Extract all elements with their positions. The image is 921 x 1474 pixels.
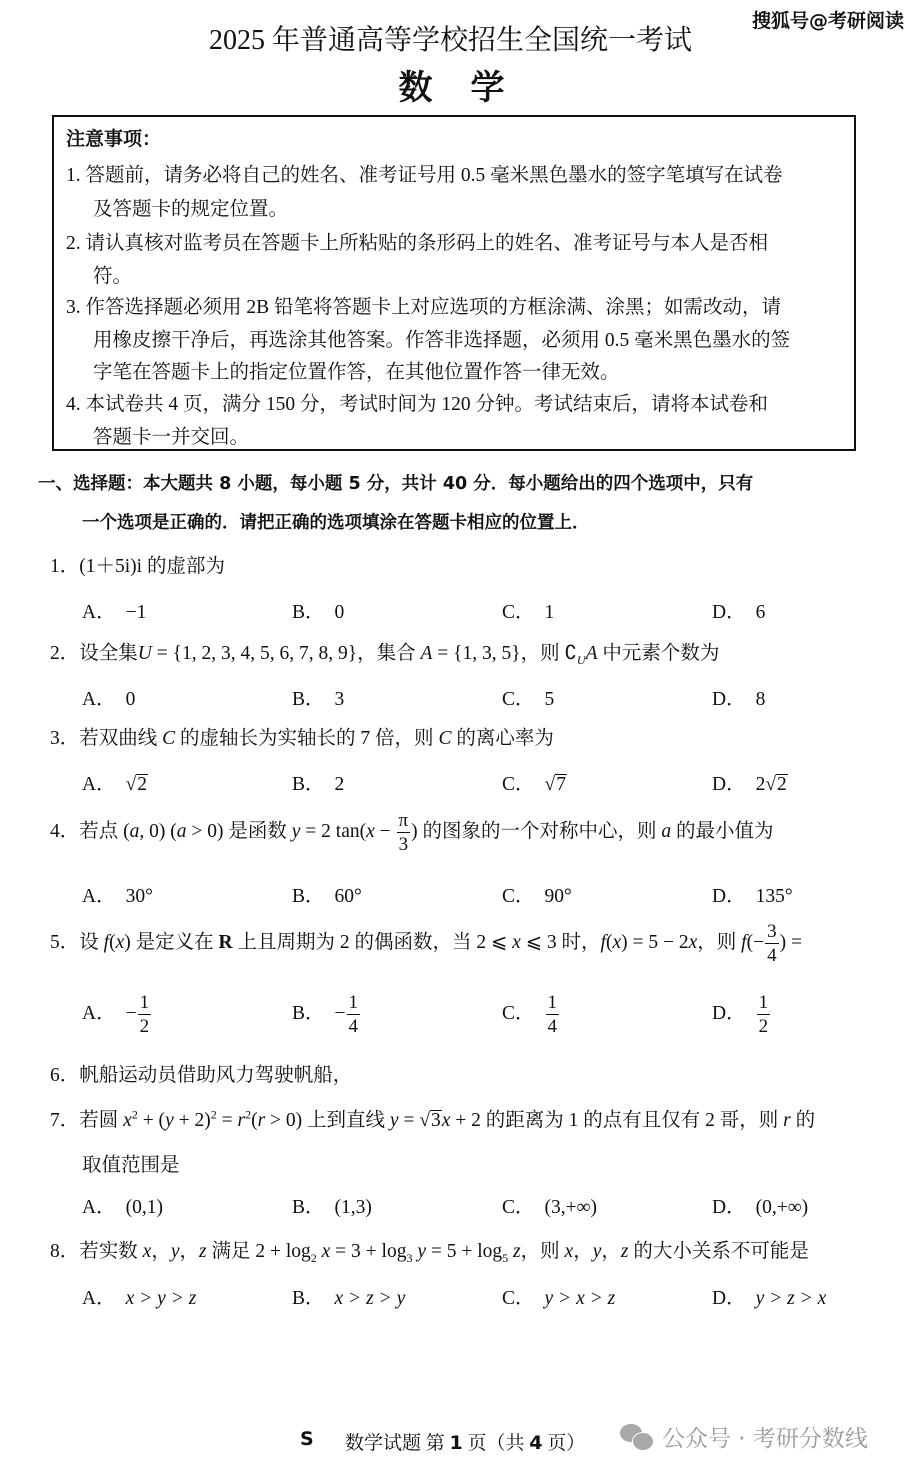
q1-option-d[interactable]: D．6 <box>712 596 765 624</box>
q4-option-b[interactable]: B．60° <box>292 880 362 908</box>
question-6: 6．帆船运动员借助风力驾驶帆船， <box>50 1059 352 1087</box>
q7-option-c[interactable]: C．(3,+∞) <box>502 1191 597 1219</box>
q5-option-d[interactable]: D．12 <box>712 990 771 1038</box>
notice-item-4: 4. 本试卷共 4 页，满分 150 分，考试时间为 120 分钟。考试结束后，… <box>66 388 768 416</box>
notice-item-3: 3. 作答选择题必须用 2B 铅笔将答题卡上对应选项的方框涂满、涂黑；如需改动，… <box>66 291 781 319</box>
question-7: 7．若圆 x2 + (y + 2)2 = r2(r > 0) 上到直线 y = … <box>50 1104 815 1132</box>
q2-option-d[interactable]: D．8 <box>712 683 765 711</box>
q8-option-a[interactable]: A．x > y > z <box>82 1282 196 1310</box>
section-heading-line1: 一、选择题：本大题共 8 小题，每小题 5 分，共计 40 分．每小题给出的四个… <box>38 470 753 495</box>
footer-code: S <box>300 1428 314 1451</box>
q8-option-d[interactable]: D．y > z > x <box>712 1282 826 1310</box>
q1-option-a[interactable]: A．−1 <box>82 596 146 624</box>
q7-option-d[interactable]: D．(0,+∞) <box>712 1191 808 1219</box>
q8-option-b[interactable]: B．x > z > y <box>292 1282 405 1310</box>
notice-item-1: 1. 答题前，请务必将自己的姓名、准考证号用 0.5 毫米黑色墨水的签字笔填写在… <box>66 159 783 187</box>
q5-option-c[interactable]: C．14 <box>502 990 560 1038</box>
notice-item-4-cont: 答题卡一并交回。 <box>93 421 249 449</box>
notice-item-3-cont2: 字笔在答题卡上的指定位置作答，在其他位置作答一律无效。 <box>93 356 620 384</box>
q7-option-b[interactable]: B．(1,3) <box>292 1191 372 1219</box>
wechat-icon <box>620 1423 654 1451</box>
fraction: 34 <box>765 922 779 965</box>
sqrt-icon: √ <box>545 774 556 795</box>
notice-title: 注意事项： <box>66 124 161 151</box>
notice-item-2-cont: 符。 <box>93 260 132 288</box>
q1-option-b[interactable]: B．0 <box>292 596 344 624</box>
question-4: 4．若点 (a, 0) (a > 0) 是函数 y = 2 tan(x − π3… <box>50 810 774 854</box>
q3-option-a[interactable]: A．√2 <box>82 768 148 796</box>
footer-page-label: 数学试题 第 1 页（共 4 页） <box>345 1428 585 1455</box>
q2-option-b[interactable]: B．3 <box>292 683 344 711</box>
q2-option-c[interactable]: C．5 <box>502 683 554 711</box>
notice-item-2: 2. 请认真核对监考员在答题卡上所粘贴的条形码上的姓名、准考证号与本人是否相 <box>66 227 768 255</box>
q4-option-a[interactable]: A．30° <box>82 880 153 908</box>
q5-option-b[interactable]: B．−14 <box>292 990 361 1038</box>
sqrt-icon: √ <box>126 774 137 795</box>
sqrt-icon: √ <box>765 774 776 795</box>
sqrt-icon: √ <box>419 1110 430 1131</box>
q5-option-a[interactable]: A．−12 <box>82 990 152 1038</box>
question-2: 2．设全集U = {1, 2, 3, 4, 5, 6, 7, 8, 9}，集合 … <box>50 637 719 668</box>
question-1: 1．(1＋5i)i 的虚部为 <box>50 550 225 578</box>
q3-option-d[interactable]: D．2√2 <box>712 768 788 796</box>
q8-option-c[interactable]: C．y > x > z <box>502 1282 615 1310</box>
q4-option-d[interactable]: D．135° <box>712 880 793 908</box>
notice-item-3-cont1: 用橡皮擦干净后，再选涂其他答案。作答非选择题，必须用 0.5 毫米黑色墨水的签 <box>93 324 790 352</box>
notice-item-1-cont: 及答题卡的规定位置。 <box>93 193 288 221</box>
subject-title: 数学 <box>0 60 921 109</box>
q2-option-a[interactable]: A．0 <box>82 683 135 711</box>
question-3: 3．若双曲线 C 的虚轴长为实轴长的 7 倍，则 C 的离心率为 <box>50 722 554 750</box>
section-heading-line2: 一个选项是正确的．请把正确的选项填涂在答题卡相应的位置上． <box>82 509 590 534</box>
question-8: 8．若实数 x，y，z 满足 2 + log2 x = 3 + log3 y =… <box>50 1235 809 1266</box>
exam-title: 2025 年普通高等学校招生全国统一考试 <box>0 18 921 58</box>
question-5: 5．设 f(x) 是定义在 R 上且周期为 2 的偶函数，当 2 ⩽ x ⩽ 3… <box>50 921 802 965</box>
footer-watermark: 公众号 · 考研分数线 <box>620 1420 868 1453</box>
q4-option-c[interactable]: C．90° <box>502 880 572 908</box>
q3-option-b[interactable]: B．2 <box>292 768 344 796</box>
q1-option-c[interactable]: C．1 <box>502 596 554 624</box>
question-7-cont: 取值范围是 <box>82 1149 180 1177</box>
q3-option-c[interactable]: C．√7 <box>502 768 567 796</box>
fraction: π3 <box>397 811 411 854</box>
q7-option-a[interactable]: A．(0,1) <box>82 1191 163 1219</box>
